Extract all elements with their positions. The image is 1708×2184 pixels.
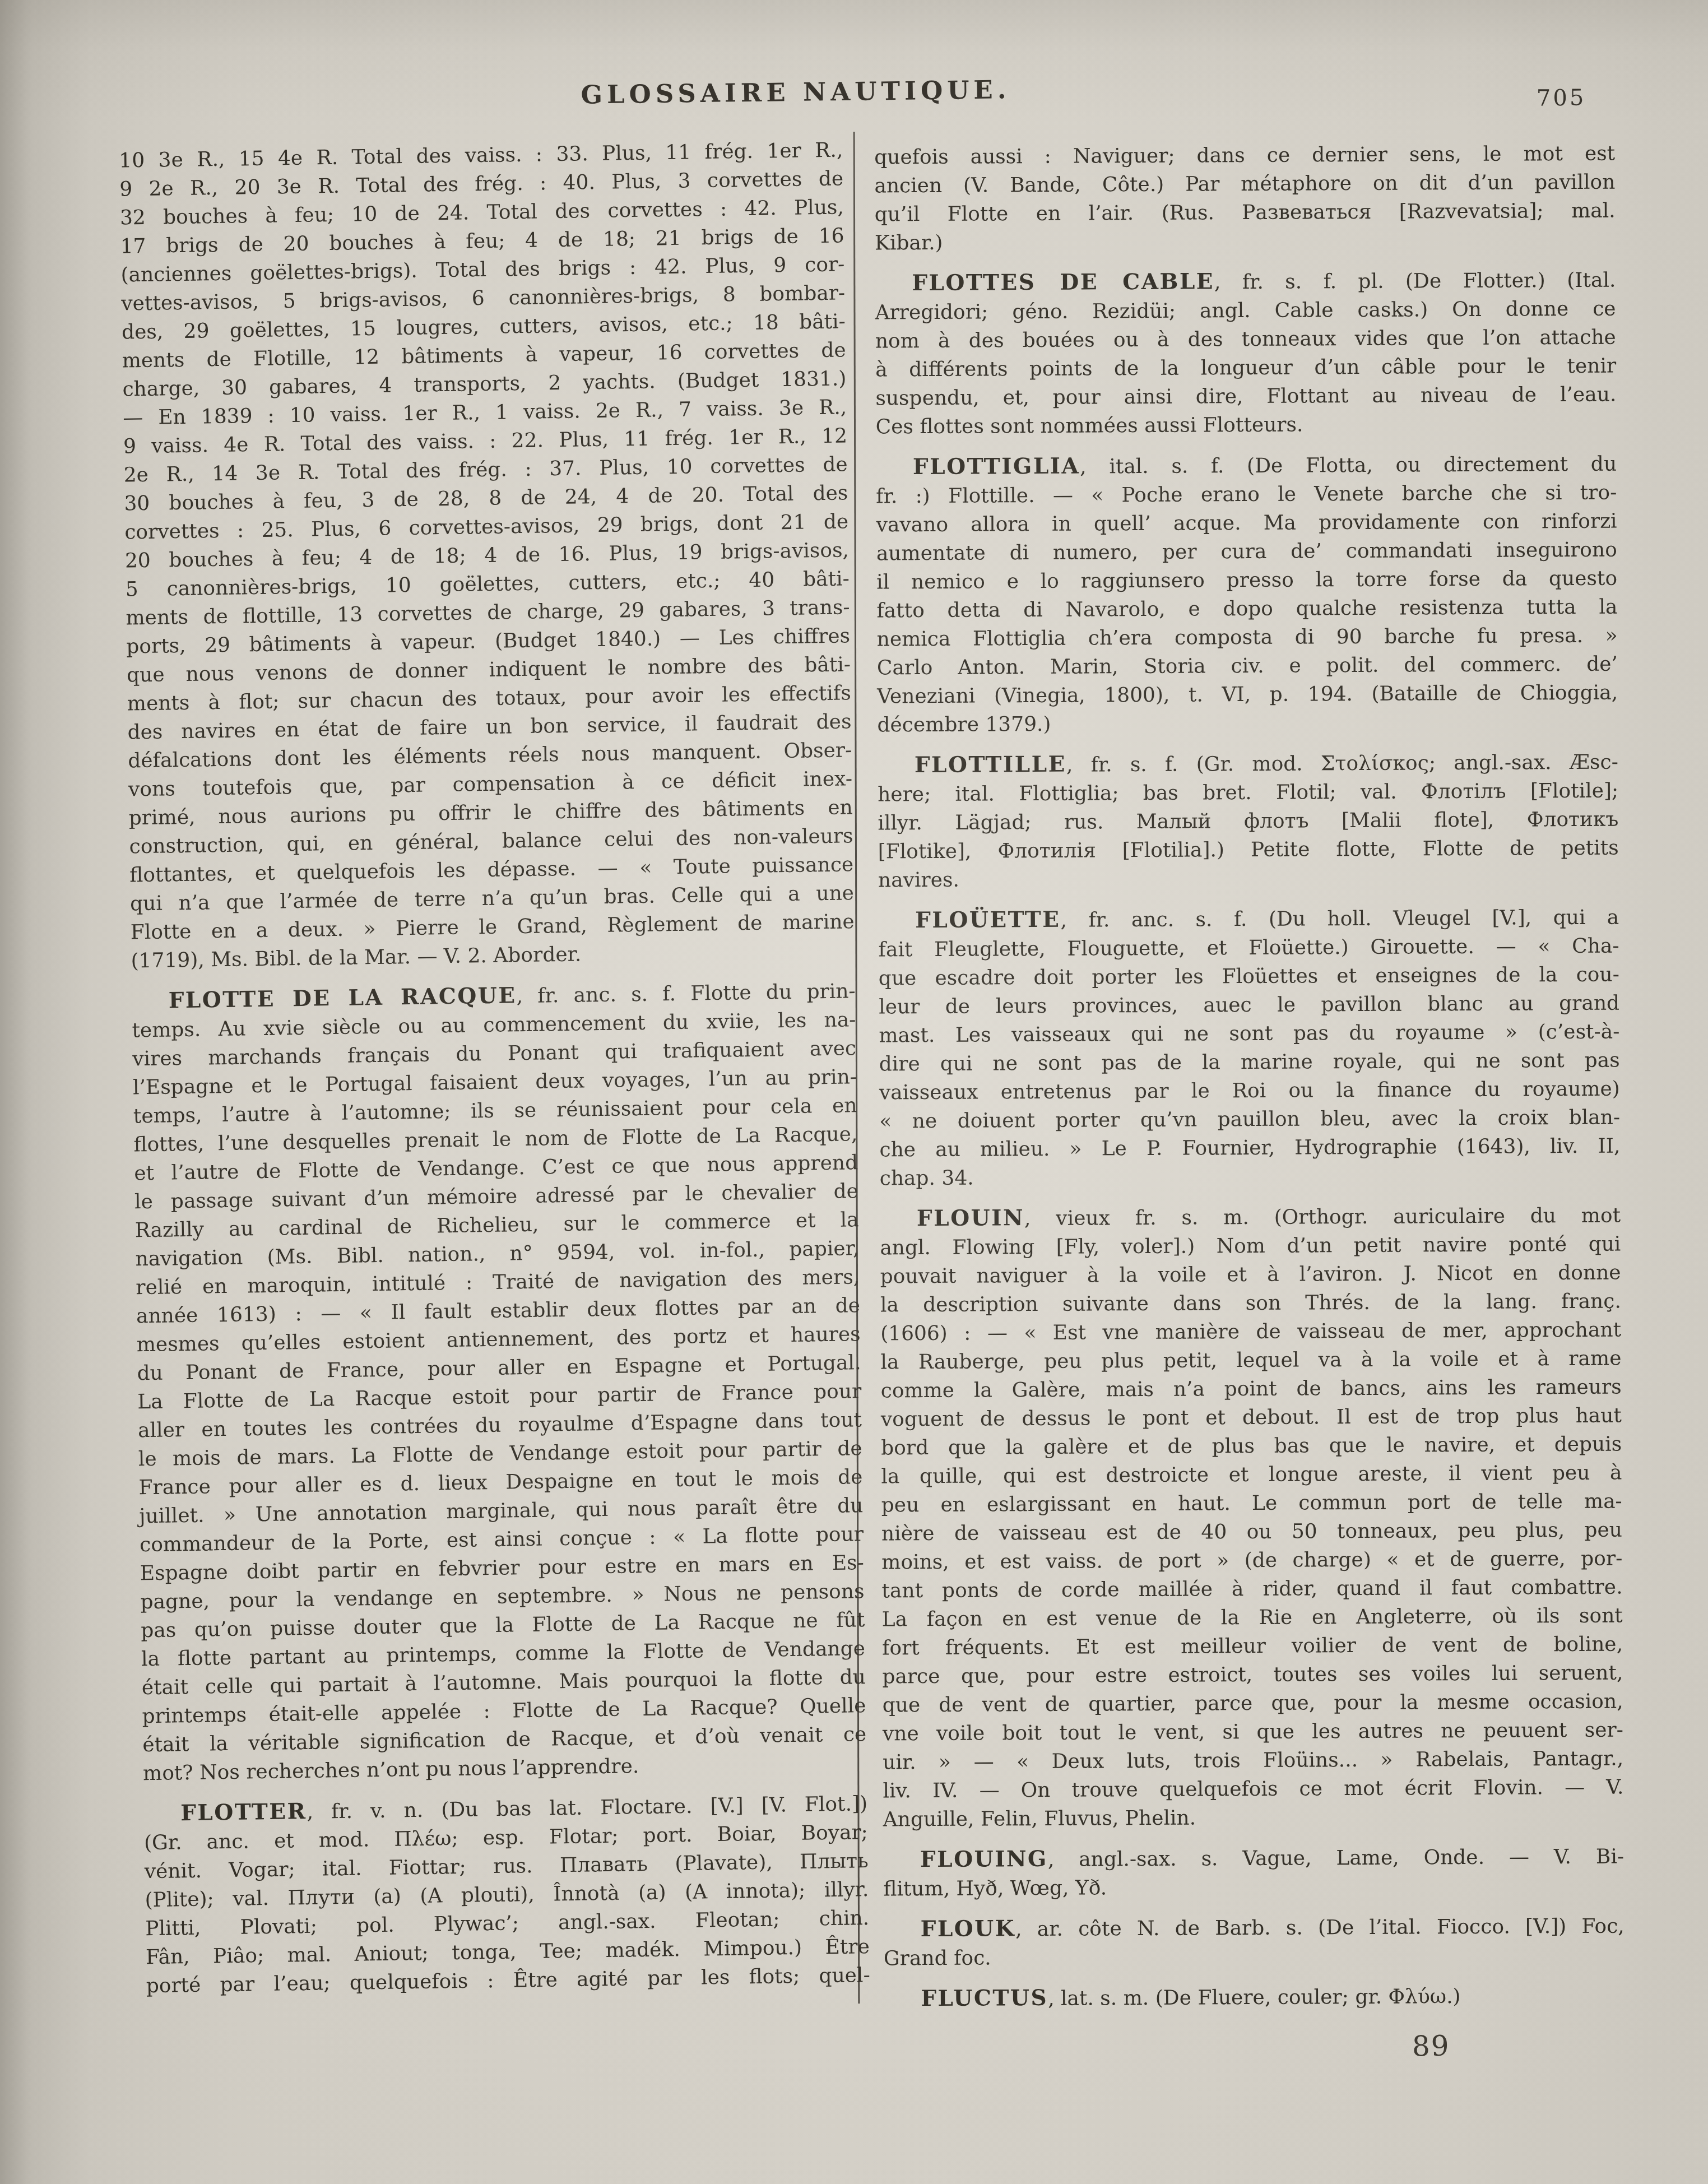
glossary-entry: FLOTTILLE, fr. s. f. (Gr. mod. Στολίσκος… bbox=[878, 748, 1619, 895]
text-line: à différents points de la longueur d’un … bbox=[875, 352, 1616, 384]
entry-headword: FLOTTILLE bbox=[915, 752, 1066, 778]
entry-headword: FLOTTE DE LA RACQUE bbox=[168, 982, 517, 1013]
text-line: Grand foc. bbox=[884, 1940, 1625, 1973]
text-line: tant ponts de corde maillée à rider, qua… bbox=[881, 1573, 1622, 1606]
text-line: la Rauberge, peu plus petit, lequel va à… bbox=[880, 1344, 1621, 1377]
text-line: la description suivante dans son Thrés. … bbox=[880, 1287, 1621, 1320]
text-line: que escadre doit porter les Floüettes et… bbox=[879, 961, 1619, 993]
text-line: liv. IV. — On trouve quelquefois ce mot … bbox=[883, 1773, 1623, 1805]
text-line: que de vent de quartier, parce que, pour… bbox=[882, 1687, 1623, 1720]
text-line: vne voile boit tout le vent, si que les … bbox=[883, 1716, 1623, 1749]
text-line: mast. Les vaisseaux qui ne sont pas du r… bbox=[879, 1018, 1619, 1050]
text-line: Carlo Anton. Marin, Storia civ. e polit.… bbox=[877, 650, 1618, 683]
text-line: illyr. Lägjad; rus. Малый флотъ [Malii f… bbox=[878, 805, 1618, 838]
glossary-entry: FLOUING, angl.-sax. s. Vague, Lame, Onde… bbox=[883, 1842, 1625, 1903]
text-line: pouvait naviguer à la voile et à l’aviro… bbox=[880, 1259, 1621, 1291]
text-line: Veneziani (Vinegia, 1800), t. VI, p. 194… bbox=[877, 679, 1618, 711]
text-line: qu’il Flotte en l’air. (Rus. Развеваться… bbox=[875, 197, 1616, 229]
text-line: FLOUK, ar. côte N. de Barb. s. (De l’ita… bbox=[884, 1911, 1625, 1944]
text-line: [Flotike], Флотилія [Flotilia].) Petite … bbox=[878, 834, 1618, 866]
text-line: la quille, qui est destroicte et longue … bbox=[881, 1459, 1622, 1491]
text-line: Anguille, Felin, Fluvus, Phelin. bbox=[883, 1801, 1624, 1834]
text-line: flitum, Hyð, Wœg, Yð. bbox=[883, 1871, 1624, 1903]
text-line: FLUCTUS, lat. s. m. (De Fluere, couler; … bbox=[884, 1981, 1625, 2014]
text-line: Arregidori; géno. Rezidüi; angl. Cable c… bbox=[875, 295, 1616, 327]
entry-headword: FLOTTES DE CABLE bbox=[912, 268, 1214, 296]
text-line: FLOTTES DE CABLE, fr. s. f. pl. (De Flot… bbox=[875, 266, 1616, 299]
text-line: Kibar.) bbox=[875, 225, 1616, 258]
text-line: vaisseaux entretenus par le Roi ou la fi… bbox=[879, 1075, 1620, 1107]
text-line: fort fréquents. Et est meilleur voilier … bbox=[882, 1630, 1623, 1663]
text-line: comme la Galère, mais n’a point de bancs… bbox=[881, 1373, 1622, 1406]
text-line: nemica Flottiglia ch’era composta di 90 … bbox=[877, 622, 1618, 654]
text-line: peu en eslargissant en haut. Le commun p… bbox=[881, 1487, 1622, 1520]
running-title: GLOSSAIRE NAUTIQUE. bbox=[581, 75, 1010, 109]
text-line: FLOTTIGLIA, ital. s. f. (De Flotta, ou d… bbox=[876, 449, 1617, 483]
glossary-entry: FLOTTIGLIA, ital. s. f. (De Flotta, ou d… bbox=[876, 449, 1618, 740]
text-line: fatto detta di Navarolo, e dopo qualche … bbox=[876, 593, 1617, 625]
text-line: vavano allora in quell’ acque. Ma provid… bbox=[876, 507, 1617, 540]
text-line: chap. 34. bbox=[880, 1161, 1621, 1193]
text-line: fait Fleuglette, Flouguette, et Floüette… bbox=[878, 932, 1619, 965]
entry-headword: FLOUING bbox=[920, 1846, 1048, 1872]
glossary-entry: FLOTTE DE LA RACQUE, fr. anc. s. f. Flot… bbox=[131, 976, 867, 1788]
text-line: nom à des bouées ou à des tonneaux vides… bbox=[875, 323, 1616, 356]
entry-headword: FLOUK bbox=[921, 1916, 1016, 1942]
text-line: La façon en est venue de la Rie en Angle… bbox=[882, 1602, 1623, 1634]
text-line: quefois aussi : Naviguer; dans ce dernie… bbox=[874, 140, 1615, 172]
glossary-entry: FLOTTES DE CABLE, fr. s. f. pl. (De Flot… bbox=[875, 266, 1617, 442]
entry-headword: FLOTTER bbox=[180, 1798, 307, 1826]
text-line: navires. bbox=[878, 863, 1619, 895]
text-line: Ces flottes sont nommées aussi Flotteurs… bbox=[876, 409, 1617, 442]
text-line: FLOÜETTE, fr. anc. s. f. (Du holl. Vleug… bbox=[878, 903, 1619, 936]
glossary-entry: FLUCTUS, lat. s. m. (De Fluere, couler; … bbox=[884, 1981, 1625, 2014]
entry-headword: FLUCTUS bbox=[921, 1985, 1048, 2011]
signature-mark: 89 bbox=[1412, 2029, 1450, 2062]
text-line: aumentate di numero, per cura de’ comman… bbox=[876, 536, 1617, 568]
text-line: voguent de dessus le pont et debout. Il … bbox=[881, 1402, 1622, 1434]
text-line: « ne doiuent porter qu’vn pauillon bleu,… bbox=[879, 1103, 1620, 1136]
glossary-entry: FLOÜETTE, fr. anc. s. f. (Du holl. Vleug… bbox=[878, 903, 1621, 1193]
glossary-entry: FLOUK, ar. côte N. de Barb. s. (De l’ita… bbox=[884, 1911, 1625, 1973]
entry-headword: FLOTTIGLIA bbox=[913, 453, 1080, 480]
glossary-entry: FLOUIN, vieux fr. s. m. (Orthogr. auricu… bbox=[880, 1201, 1624, 1834]
text-line: il nemico e lo raggiunsero presso la tor… bbox=[876, 564, 1617, 597]
text-line: FLOUIN, vieux fr. s. m. (Orthogr. auricu… bbox=[880, 1201, 1621, 1234]
text-line: suspendu, et, pour ainsi dire, Flottant … bbox=[875, 381, 1616, 413]
text-line: bord que la galère et de plus bas que le… bbox=[881, 1430, 1622, 1463]
continuation-paragraph: 10 3e R., 15 4e R. Total des vaiss. : 33… bbox=[119, 136, 855, 975]
text-line: che au milieu. » Le P. Fournier, Hydrogr… bbox=[879, 1132, 1620, 1165]
text-line: fr. :) Flottille. — « Poche erano le Ven… bbox=[876, 479, 1617, 511]
entry-headword: FLOÜETTE bbox=[915, 907, 1060, 933]
text-line: FLOTTILLE, fr. s. f. (Gr. mod. Στολίσκος… bbox=[878, 748, 1618, 781]
text-line: parce que, pour estre estroict, toutes s… bbox=[882, 1659, 1623, 1691]
continuation-paragraph: quefois aussi : Naviguer; dans ce dernie… bbox=[874, 140, 1616, 258]
text-line: FLOUING, angl.-sax. s. Vague, Lame, Onde… bbox=[883, 1842, 1624, 1875]
text-line: here; ital. Flottiglia; bas bret. Flotil… bbox=[878, 777, 1618, 809]
text-line: nière de vaisseau est de 40 ou 50 tonnea… bbox=[881, 1516, 1622, 1548]
text-line: leur de leurs provinces, auec le pavillo… bbox=[879, 989, 1619, 1022]
glossary-entry: FLOTTER, fr. v. n. (Du bas lat. Floctare… bbox=[143, 1789, 870, 2000]
text-line: uir. » — « Deux luts, trois Floüins... »… bbox=[883, 1744, 1623, 1777]
text-line: ancien (V. Bande, Côte.) Par métaphore o… bbox=[874, 168, 1615, 201]
text-line: moins, et est vaiss. de port » (de charg… bbox=[881, 1545, 1622, 1577]
text-line: dire qui ne sont pas de la marine royale… bbox=[879, 1046, 1619, 1079]
entry-headword: FLOUIN bbox=[917, 1205, 1024, 1231]
page-number: 705 bbox=[1537, 85, 1586, 112]
text-line: angl. Flowing [Fly, voler].) Nom d’un pe… bbox=[880, 1230, 1621, 1263]
scanned-page: GLOSSAIRE NAUTIQUE. 705 10 3e R., 15 4e … bbox=[0, 0, 1708, 2184]
text-line: (1606) : — « Est vne manière de vaisseau… bbox=[880, 1316, 1621, 1348]
column-left: 10 3e R., 15 4e R. Total des vaiss. : 33… bbox=[119, 136, 870, 2000]
text-line: décembre 1379.) bbox=[877, 707, 1618, 740]
column-right: quefois aussi : Naviguer; dans ce dernie… bbox=[874, 140, 1625, 2014]
